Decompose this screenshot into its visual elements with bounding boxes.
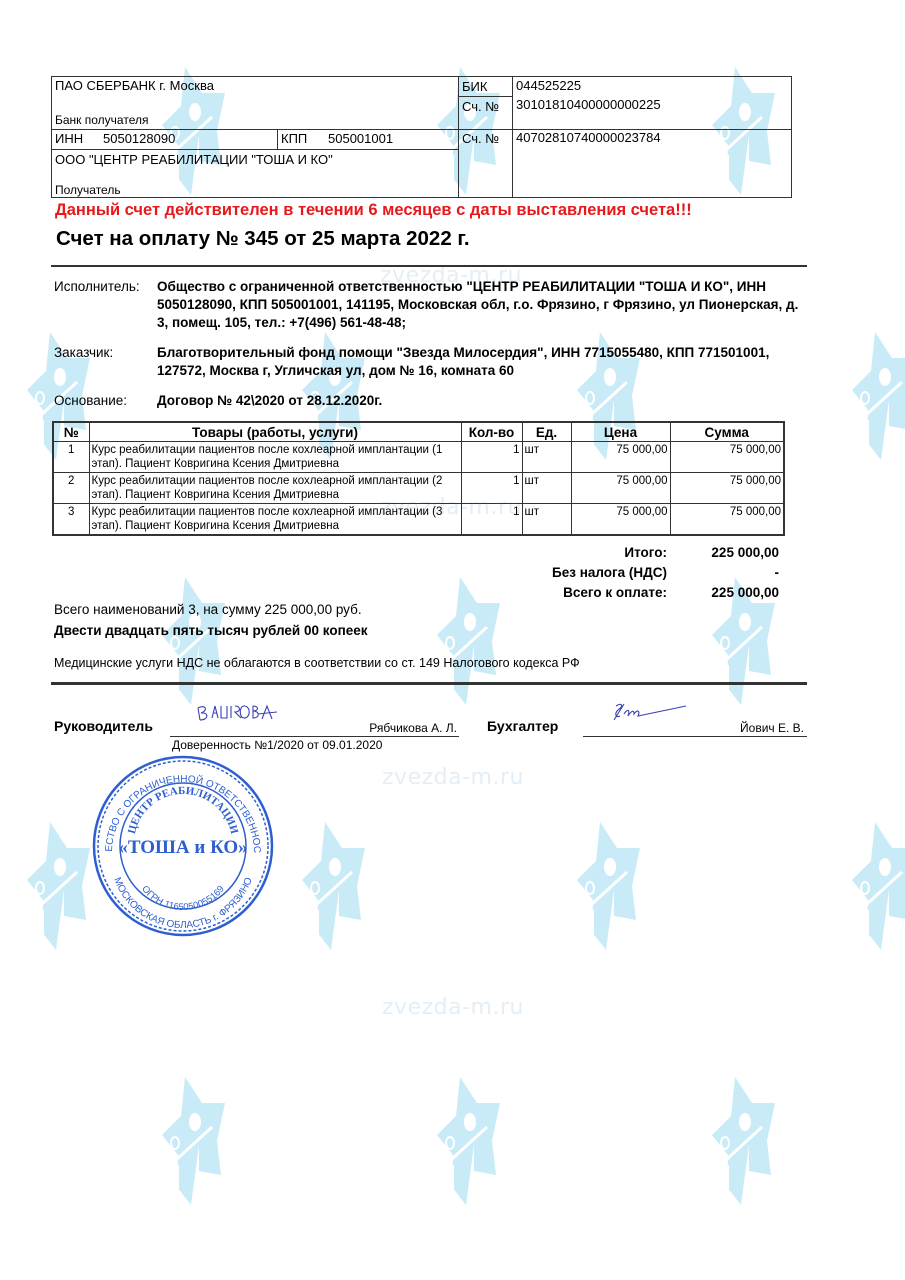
row-num: 3: [53, 504, 89, 536]
table-row: 3 Курс реабилитации пациентов после кохл…: [53, 504, 784, 536]
total-value: 225 000,00: [667, 544, 779, 564]
col-header-price: Цена: [571, 422, 670, 442]
bank-details-table: ПАО СБЕРБАНК г. Москва Банк получателя И…: [51, 76, 792, 198]
director-signature: [195, 698, 280, 724]
bank-name: ПАО СБЕРБАНК г. Москва: [52, 77, 458, 94]
row-qty: 1: [461, 504, 522, 536]
basis-label: Основание:: [54, 392, 127, 410]
row-unit: шт: [522, 504, 571, 536]
accountant-signature-line: [583, 736, 807, 737]
power-of-attorney: Доверенность №1/2020 от 09.01.2020: [172, 738, 382, 752]
col-header-name: Товары (работы, услуги): [89, 422, 461, 442]
col-header-unit: Ед.: [522, 422, 571, 442]
amount-in-words: Двести двадцать пять тысяч рублей 00 коп…: [54, 623, 368, 638]
kpp-value: 505001001: [325, 130, 396, 147]
summary-line: Всего наименований 3, на сумму 225 000,0…: [54, 602, 362, 617]
recipient-name: ООО "ЦЕНТР РЕАБИЛИТАЦИИ "ТОША И КО": [52, 151, 458, 168]
table-header-row: № Товары (работы, услуги) Кол-во Ед. Цен…: [53, 422, 784, 442]
row-name: Курс реабилитации пациентов после кохлеа…: [89, 442, 461, 473]
row-sum: 75 000,00: [670, 504, 784, 536]
company-stamp: ОБЩЕСТВО С ОГРАНИЧЕННОЙ ОТВЕТСТВЕННОСТЬЮ…: [92, 755, 274, 937]
amount-due-value: 225 000,00: [667, 584, 779, 604]
vat-value: -: [667, 564, 779, 584]
row-num: 1: [53, 442, 89, 473]
items-table: № Товары (работы, услуги) Кол-во Ед. Цен…: [52, 421, 785, 536]
executor-label: Исполнитель:: [54, 278, 140, 296]
row-price: 75 000,00: [571, 504, 670, 536]
row-price: 75 000,00: [571, 442, 670, 473]
basis-value: Договор № 42\2020 от 28.12.2020г.: [157, 392, 807, 410]
row-sum: 75 000,00: [670, 473, 784, 504]
svg-text:ОГРН 1165050055169: ОГРН 1165050055169: [139, 884, 227, 913]
total-label: Итого:: [624, 544, 667, 564]
director-name: Рябчикова А. Л.: [300, 721, 457, 735]
kpp-label: КПП: [278, 130, 310, 147]
director-signature-line: [170, 736, 459, 737]
row-price: 75 000,00: [571, 473, 670, 504]
col-header-sum: Сумма: [670, 422, 784, 442]
vat-note: Медицинские услуги НДС не облагаются в с…: [54, 656, 580, 670]
customer-label: Заказчик:: [54, 344, 113, 362]
account-label: Сч. №: [459, 130, 502, 147]
table-row: 1 Курс реабилитации пациентов после кохл…: [53, 442, 784, 473]
totals-block: Итого:225 000,00 Без налога (НДС)- Всего…: [552, 544, 779, 604]
amount-due-label: Всего к оплате:: [563, 584, 667, 604]
table-row: 2 Курс реабилитации пациентов после кохл…: [53, 473, 784, 504]
recipient-label: Получатель: [52, 182, 124, 199]
divider: [51, 682, 807, 685]
row-qty: 1: [461, 442, 522, 473]
corr-account-label: Сч. №: [459, 98, 502, 115]
director-label: Руководитель: [54, 718, 153, 734]
stamp-center-text: «ТОША и КО»: [118, 837, 247, 858]
row-qty: 1: [461, 473, 522, 504]
divider: [51, 265, 807, 267]
corr-account-value: 30101810400000000225: [513, 96, 664, 113]
account-value: 40702810740000023784: [513, 129, 664, 146]
row-unit: шт: [522, 473, 571, 504]
inn-label: ИНН: [52, 130, 86, 147]
validity-warning: Данный счет действителен в течении 6 мес…: [55, 201, 692, 220]
row-name: Курс реабилитации пациентов после кохлеа…: [89, 473, 461, 504]
row-name: Курс реабилитации пациентов после кохлеа…: [89, 504, 461, 536]
bank-label: Банк получателя: [52, 112, 151, 129]
inn-value: 5050128090: [100, 130, 178, 147]
accountant-name: Йович Е. В.: [650, 721, 804, 735]
accountant-label: Бухгалтер: [487, 718, 558, 734]
row-unit: шт: [522, 442, 571, 473]
bik-value: 044525225: [513, 77, 584, 94]
col-header-qty: Кол-во: [461, 422, 522, 442]
col-header-num: №: [53, 422, 89, 442]
row-sum: 75 000,00: [670, 442, 784, 473]
executor-value: Общество с ограниченной ответственностью…: [157, 278, 807, 332]
bik-label: БИК: [459, 78, 490, 95]
invoice-title: Счет на оплату № 345 от 25 марта 2022 г.: [56, 227, 470, 251]
accountant-signature: [610, 700, 690, 722]
vat-label: Без налога (НДС): [552, 564, 667, 584]
row-num: 2: [53, 473, 89, 504]
customer-value: Благотворительный фонд помощи "Звезда Ми…: [157, 344, 807, 380]
